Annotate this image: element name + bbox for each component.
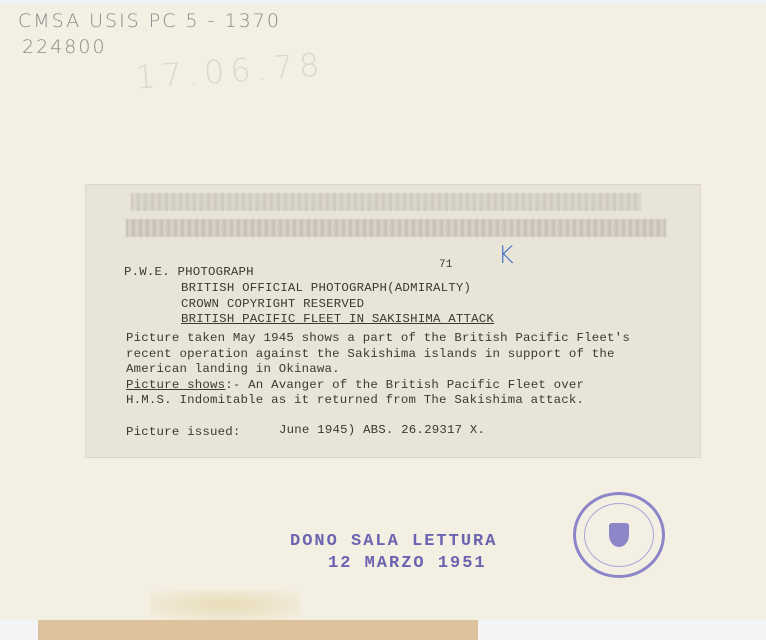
picture-shows-line-2: H.M.S. Indomitable as it returned from T…	[126, 393, 584, 407]
picture-shows-line: Picture shows:- An Avanger of the Britis…	[126, 378, 584, 392]
body-line-1: Picture taken May 1945 shows a part of t…	[126, 331, 630, 345]
picture-issued-value: June 1945) ABS. 26.29317 X.	[279, 423, 485, 437]
picture-issued-label: Picture issued:	[126, 425, 241, 439]
round-institutional-stamp	[573, 492, 665, 578]
picture-shows-label: Picture shows	[126, 378, 225, 392]
handwritten-faint-date: 17.06.78	[134, 45, 327, 96]
body-line-2: recent operation against the Sakishima i…	[126, 347, 615, 361]
handwritten-archive-code: CMSA USIS PC 5 - 1370	[18, 10, 281, 32]
background-edge	[478, 620, 766, 640]
library-stamp-line-1: DONO SALA LETTURA	[290, 532, 497, 551]
page-top-edge	[0, 0, 766, 4]
backing-board-strip	[38, 620, 478, 640]
agency-label: P.W.E. PHOTOGRAPH	[124, 265, 254, 279]
official-photo-line: BRITISH OFFICIAL PHOTOGRAPH(ADMIRALTY)	[181, 281, 471, 295]
caption-title: BRITISH PACIFIC FLEET IN SAKISHIMA ATTAC…	[181, 312, 494, 326]
page-number: 71	[439, 259, 453, 271]
pen-mark-k: K	[498, 241, 514, 269]
copyright-line: CROWN COPYRIGHT RESERVED	[181, 297, 364, 311]
picture-shows-text: :- An Avanger of the British Pacific Fle…	[225, 378, 584, 392]
smudged-text-row	[126, 219, 666, 237]
library-stamp-line-2: 12 MARZO 1951	[328, 554, 487, 573]
crest-icon	[609, 523, 629, 547]
background-edge	[0, 620, 38, 640]
smudged-text-row	[131, 193, 641, 211]
paper-stain	[150, 590, 300, 620]
handwritten-inventory-number: 224800	[22, 36, 107, 58]
typed-caption-clipping: P.W.E. PHOTOGRAPH 71 K BRITISH OFFICIAL …	[86, 185, 700, 457]
body-line-3: American landing in Okinawa.	[126, 362, 340, 376]
